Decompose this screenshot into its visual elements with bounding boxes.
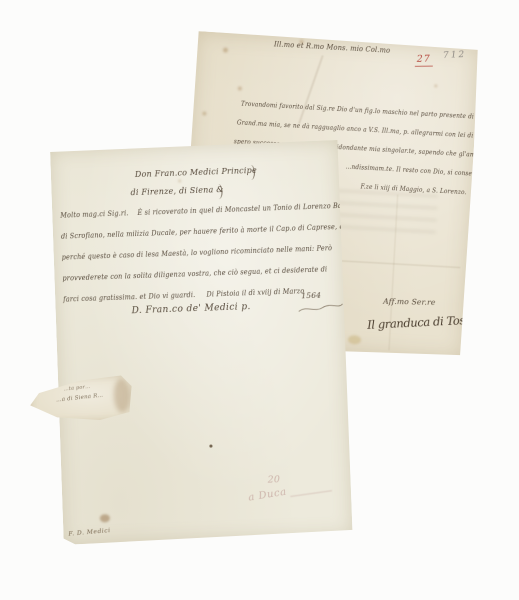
catalog-photo: Ill.mo et R.mo Mons. mio Col.mo 27 712 T… <box>0 0 519 600</box>
front-letter-body-line: provvederete con la solita diligenza vos… <box>62 265 327 282</box>
front-letter-body-line: Molto mag.ci Sig.ri. È si ricoverato in … <box>60 201 352 220</box>
front-letter-body-line: di Scrofiano, nella milizia Ducale, per … <box>61 223 346 241</box>
pencil-price-note: 20 <box>267 474 280 485</box>
seal-note: …a di Siena R… <box>56 393 104 404</box>
front-letter-year: 1564 <box>301 291 321 301</box>
ink-show-through <box>334 189 439 243</box>
back-letter-body-line: Trovandomi favorito dal Sig.re Dio d'un … <box>241 100 480 122</box>
back-letter-header: Ill.mo et R.mo Mons. mio Col.mo <box>272 40 392 55</box>
flourish-mark <box>247 165 256 180</box>
front-letter-signature: D. Fran.co de' Medici p. <box>132 302 251 316</box>
flourish-squiggle <box>298 302 344 316</box>
red-inventory-number: 27 <box>415 54 433 67</box>
seal-stain <box>113 378 130 413</box>
pencil-flourish <box>290 490 332 497</box>
back-letter-body-line: Grand.ma mia, se ne dà ragguaglio anco a… <box>237 118 480 141</box>
stain <box>348 335 361 345</box>
pencil-price-note: a Duca <box>248 487 288 504</box>
foxing-spot <box>202 111 206 115</box>
ink-speck <box>209 445 212 448</box>
front-letter-sheet: Don Fran.co Medici Principe di Firenze, … <box>50 140 353 545</box>
foxing-spot <box>223 47 228 52</box>
stain <box>100 514 110 522</box>
front-letter-body-line: perché questo è caso di lesa Maestà, lo … <box>62 244 333 261</box>
seal-note: …ta por… <box>63 384 90 393</box>
foxing-spot <box>238 86 242 90</box>
back-letter-signature: Il granduca di Tosc.a <box>367 312 480 332</box>
paper-crack <box>298 55 323 123</box>
front-letter-heading: di Firenze, di Siena & <box>130 185 223 197</box>
flourish-mark <box>214 184 223 199</box>
foxing-spot <box>178 179 181 182</box>
corner-inscription: F. D. Medici <box>68 527 111 538</box>
front-letter-body-line: farci cosa gratissima. et Dio vi guardi.… <box>63 287 304 303</box>
front-letter-heading: Don Fran.co Medici Principe <box>135 166 257 179</box>
back-letter-body-line: …ndissimam.te. Il resto con Dio, si cons… <box>345 163 479 179</box>
foxing-spot <box>434 84 437 87</box>
pencil-folio-number: 712 <box>443 50 467 61</box>
